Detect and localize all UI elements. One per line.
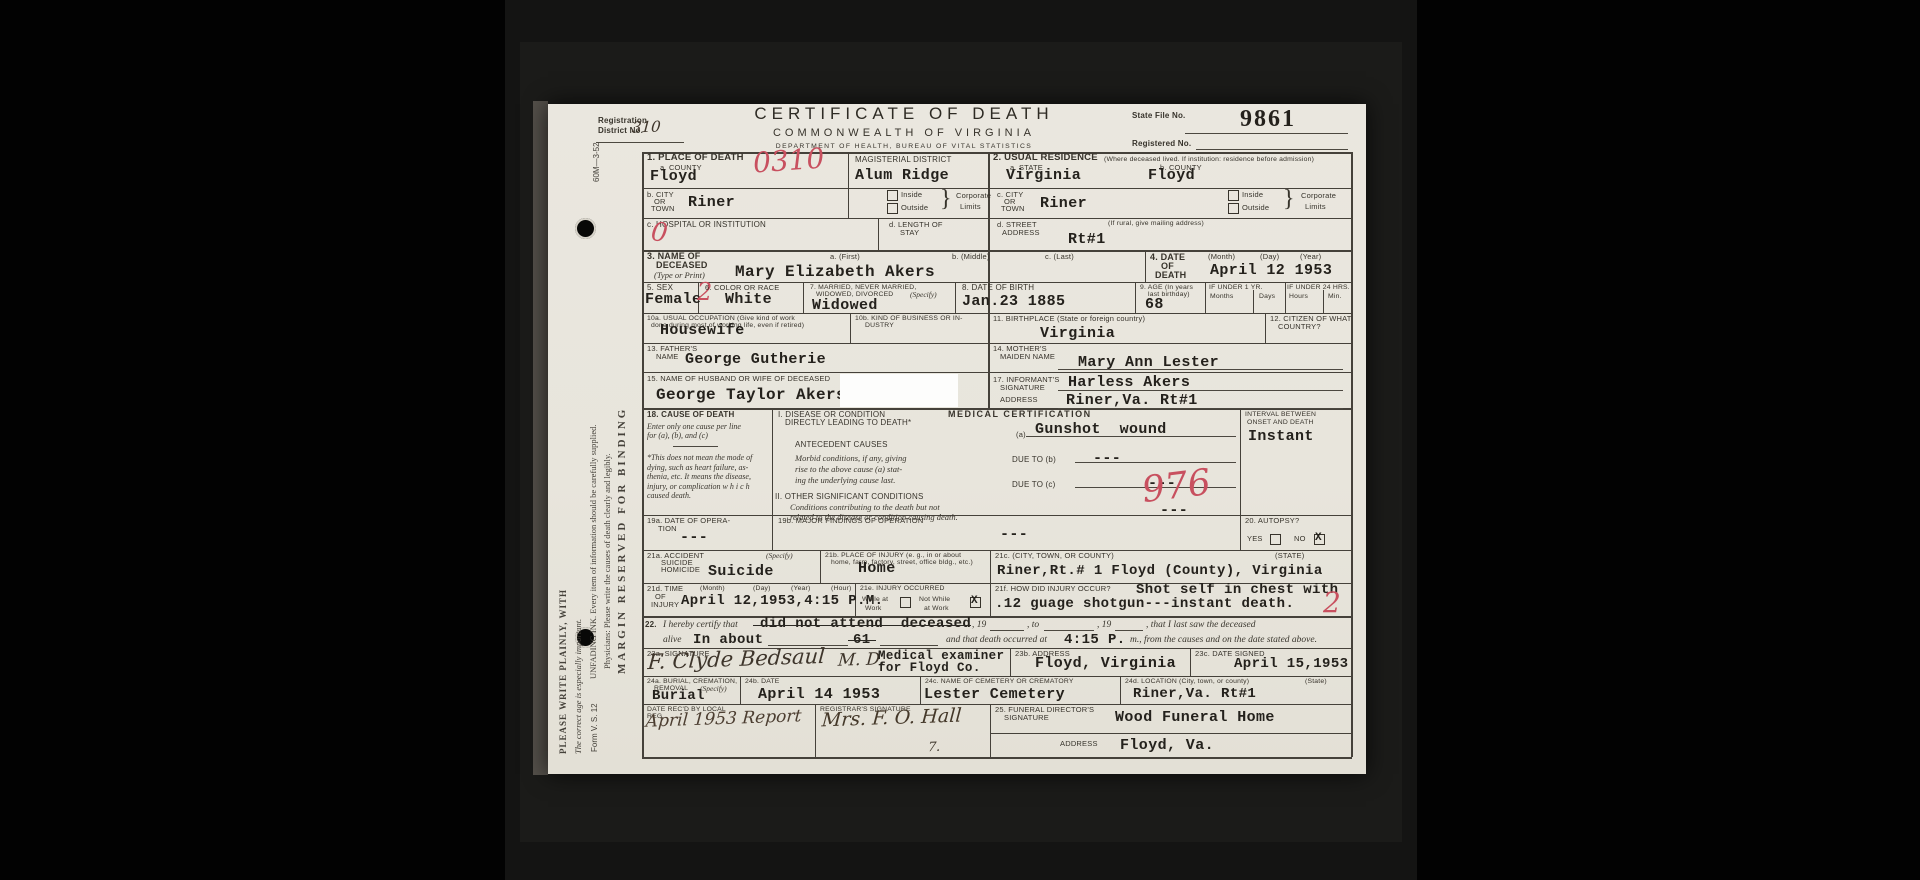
deceased-name-value: Mary Elizabeth Akers — [735, 263, 935, 281]
last-name-label: c. (Last) — [1045, 253, 1074, 262]
outside-checkbox — [887, 203, 898, 214]
burial-value: Burial — [652, 688, 705, 704]
redaction-box — [840, 374, 958, 407]
date-of-death-value: April 12 1953 — [1210, 262, 1332, 279]
brace-icon-2: } — [1283, 186, 1295, 213]
residence-county-value: Floyd — [1148, 167, 1195, 184]
county-value: Floyd — [650, 168, 697, 185]
residence-city-value: Riner — [1040, 195, 1087, 212]
other-conditions-label: II. OTHER SIGNIFICANT CONDITIONS — [775, 493, 923, 502]
registered-label: Registered No. — [1132, 140, 1191, 149]
race-value: White — [725, 291, 772, 308]
inside-checkbox-2 — [1228, 190, 1239, 201]
certificate-title: CERTIFICATE OF DEATH — [748, 110, 1060, 119]
due-to-b-label: DUE TO (b) — [1012, 456, 1056, 465]
cause-footnote: *This does not mean the mode of dying, s… — [647, 453, 767, 501]
certify-print-1: I hereby certify that — [663, 620, 738, 630]
form-code: Form V. S. 12 — [590, 694, 599, 752]
inside-checkbox — [887, 190, 898, 201]
side-annotation: 2 — [1323, 586, 1341, 619]
while-at-work-checkbox — [900, 597, 911, 608]
magisterial-value: Alum Ridge — [855, 167, 949, 184]
operation-findings-value: --- — [1000, 526, 1028, 543]
burial-location-value: Riner,Va. Rt#1 — [1133, 686, 1256, 702]
autopsy-yes-checkbox — [1270, 534, 1281, 545]
spouse-label: 15. NAME OF HUSBAND OR WIFE OF DECEASED — [647, 375, 830, 384]
interval-value: Instant — [1248, 428, 1314, 445]
certify-typed-4: 4:15 P. — [1064, 632, 1126, 648]
injury-city-label: 21c. (CITY, TOWN, OR COUNTY) — [995, 552, 1114, 561]
page-edge-shadow — [533, 101, 548, 775]
father-value: George Gutherie — [685, 351, 826, 368]
first-name-label: a. (First) — [830, 253, 860, 262]
under-1yr-label: IF UNDER 1 YR. — [1209, 284, 1263, 293]
registrar-signature-script: Mrs. F. O. Hall — [821, 705, 962, 732]
brace-icon: } — [940, 186, 952, 213]
antecedent-label: ANTECEDENT CAUSES — [795, 441, 888, 450]
registered-rule — [1196, 137, 1348, 150]
birthplace-label: 11. BIRTHPLACE (State or foreign country… — [993, 315, 1145, 324]
injury-city-value: Riner,Rt.# 1 Floyd (County), Virginia — [997, 563, 1323, 579]
code-annotation: 976 — [1140, 462, 1213, 511]
funeral-address-value: Floyd, Va. — [1120, 737, 1214, 754]
burial-date-value: April 14 1953 — [758, 686, 880, 703]
usual-residence-note: (Where deceased lived. If institution: r… — [1104, 156, 1314, 165]
state-file-rule — [1185, 121, 1348, 134]
place-city-value: Riner — [688, 194, 735, 211]
margin-physicians: Physicians: Please write the causes of d… — [602, 199, 612, 669]
accident-value: Suicide — [708, 563, 774, 580]
dob-label: 8. DATE OF BIRTH — [962, 284, 1034, 293]
certify-typed-1: did not attend deceased — [760, 616, 971, 632]
street-note: (If rural, give mailing address) — [1108, 220, 1204, 229]
strike-line — [753, 625, 971, 626]
middle-name-label: b. (Middle) — [952, 253, 990, 262]
how-injury-value-2: .12 guage shotgun---instant death. — [995, 596, 1294, 612]
physician-signature: F. Clyde Bedsaul — [647, 644, 826, 674]
how-injury-label: 21f. HOW DID INJURY OCCUR? — [995, 585, 1111, 594]
place-of-injury-value: Home — [858, 560, 896, 577]
marital-value: Widowed — [812, 297, 878, 314]
margin-unfading: UNFADING INK. Every item of information … — [588, 199, 598, 679]
sex-value: Female — [645, 291, 701, 308]
certificate-subtitle: COMMONWEALTH OF VIRGINIA — [748, 129, 1060, 138]
due-to-c-label: DUE TO (c) — [1012, 481, 1055, 490]
district-code-annotation: 0310 — [752, 142, 825, 180]
occupation-value: Housewife — [660, 322, 745, 339]
time-of-injury-value: April 12,1953,4:15 P.M. — [681, 593, 883, 609]
district-rule — [596, 130, 684, 143]
signed-address-value: Floyd, Virginia — [1035, 655, 1176, 672]
medical-certification-title: MEDICAL CERTIFICATION — [948, 410, 1092, 419]
magisterial-label: MAGISTERIAL DISTRICT — [855, 156, 952, 165]
registrar-extra: 7. — [927, 740, 940, 755]
place-of-death-label: 1. PLACE OF DEATH — [647, 154, 744, 163]
funeral-address-label: ADDRESS — [1060, 740, 1098, 749]
under-24hr-label: IF UNDER 24 HRS. — [1287, 284, 1350, 293]
autopsy-no-mark: X — [1315, 532, 1322, 544]
operation-date-value: --- — [680, 529, 708, 546]
state-file-label: State File No. — [1132, 112, 1185, 121]
cause-of-death-label: 18. CAUSE OF DEATH — [647, 411, 734, 420]
examiner-line-2: for Floyd Co. — [878, 661, 981, 675]
autopsy-label: 20. AUTOPSY? — [1245, 517, 1299, 526]
usual-residence-label: 2. USUAL RESIDENCE — [993, 154, 1098, 163]
not-at-work-mark: X — [971, 595, 978, 607]
hospital-annotation: 0 — [649, 217, 669, 249]
margin-plainly: PLEASE WRITE PLAINLY, WITH — [558, 364, 568, 754]
margin-binding: MARGIN RESERVED FOR BINDING — [616, 254, 628, 674]
informant-address-label: ADDRESS — [1000, 396, 1038, 405]
age-value: 68 — [1145, 296, 1164, 313]
death-certificate: 60M—3-52 PLEASE WRITE PLAINLY, WITH The … — [548, 104, 1366, 774]
spouse-value: George Taylor Akers — [656, 386, 846, 404]
dob-value: Jan.23 1885 — [962, 293, 1065, 310]
funeral-director-value: Wood Funeral Home — [1115, 709, 1275, 726]
outside-checkbox-2 — [1228, 203, 1239, 214]
residence-state-value: Virginia — [1006, 167, 1081, 184]
operation-findings-label: 19b. MAJOR FINDINGS OF OPERATION — [778, 517, 923, 526]
date-received-script: April 1953 Report — [645, 706, 802, 731]
street-value: Rt#1 — [1068, 231, 1106, 248]
print-code: 60M—3-52 — [592, 142, 601, 182]
scan-background: 60M—3-52 PLEASE WRITE PLAINLY, WITH The … — [0, 0, 1920, 880]
date-signed-value: April 15,1953 — [1234, 656, 1348, 672]
cemetery-value: Lester Cemetery — [924, 686, 1065, 703]
birthplace-value: Virginia — [1040, 325, 1115, 342]
injury-occurred-label: 21e. INJURY OCCURRED — [860, 585, 945, 594]
margin-age-note: The correct age is especially important. — [573, 354, 583, 754]
